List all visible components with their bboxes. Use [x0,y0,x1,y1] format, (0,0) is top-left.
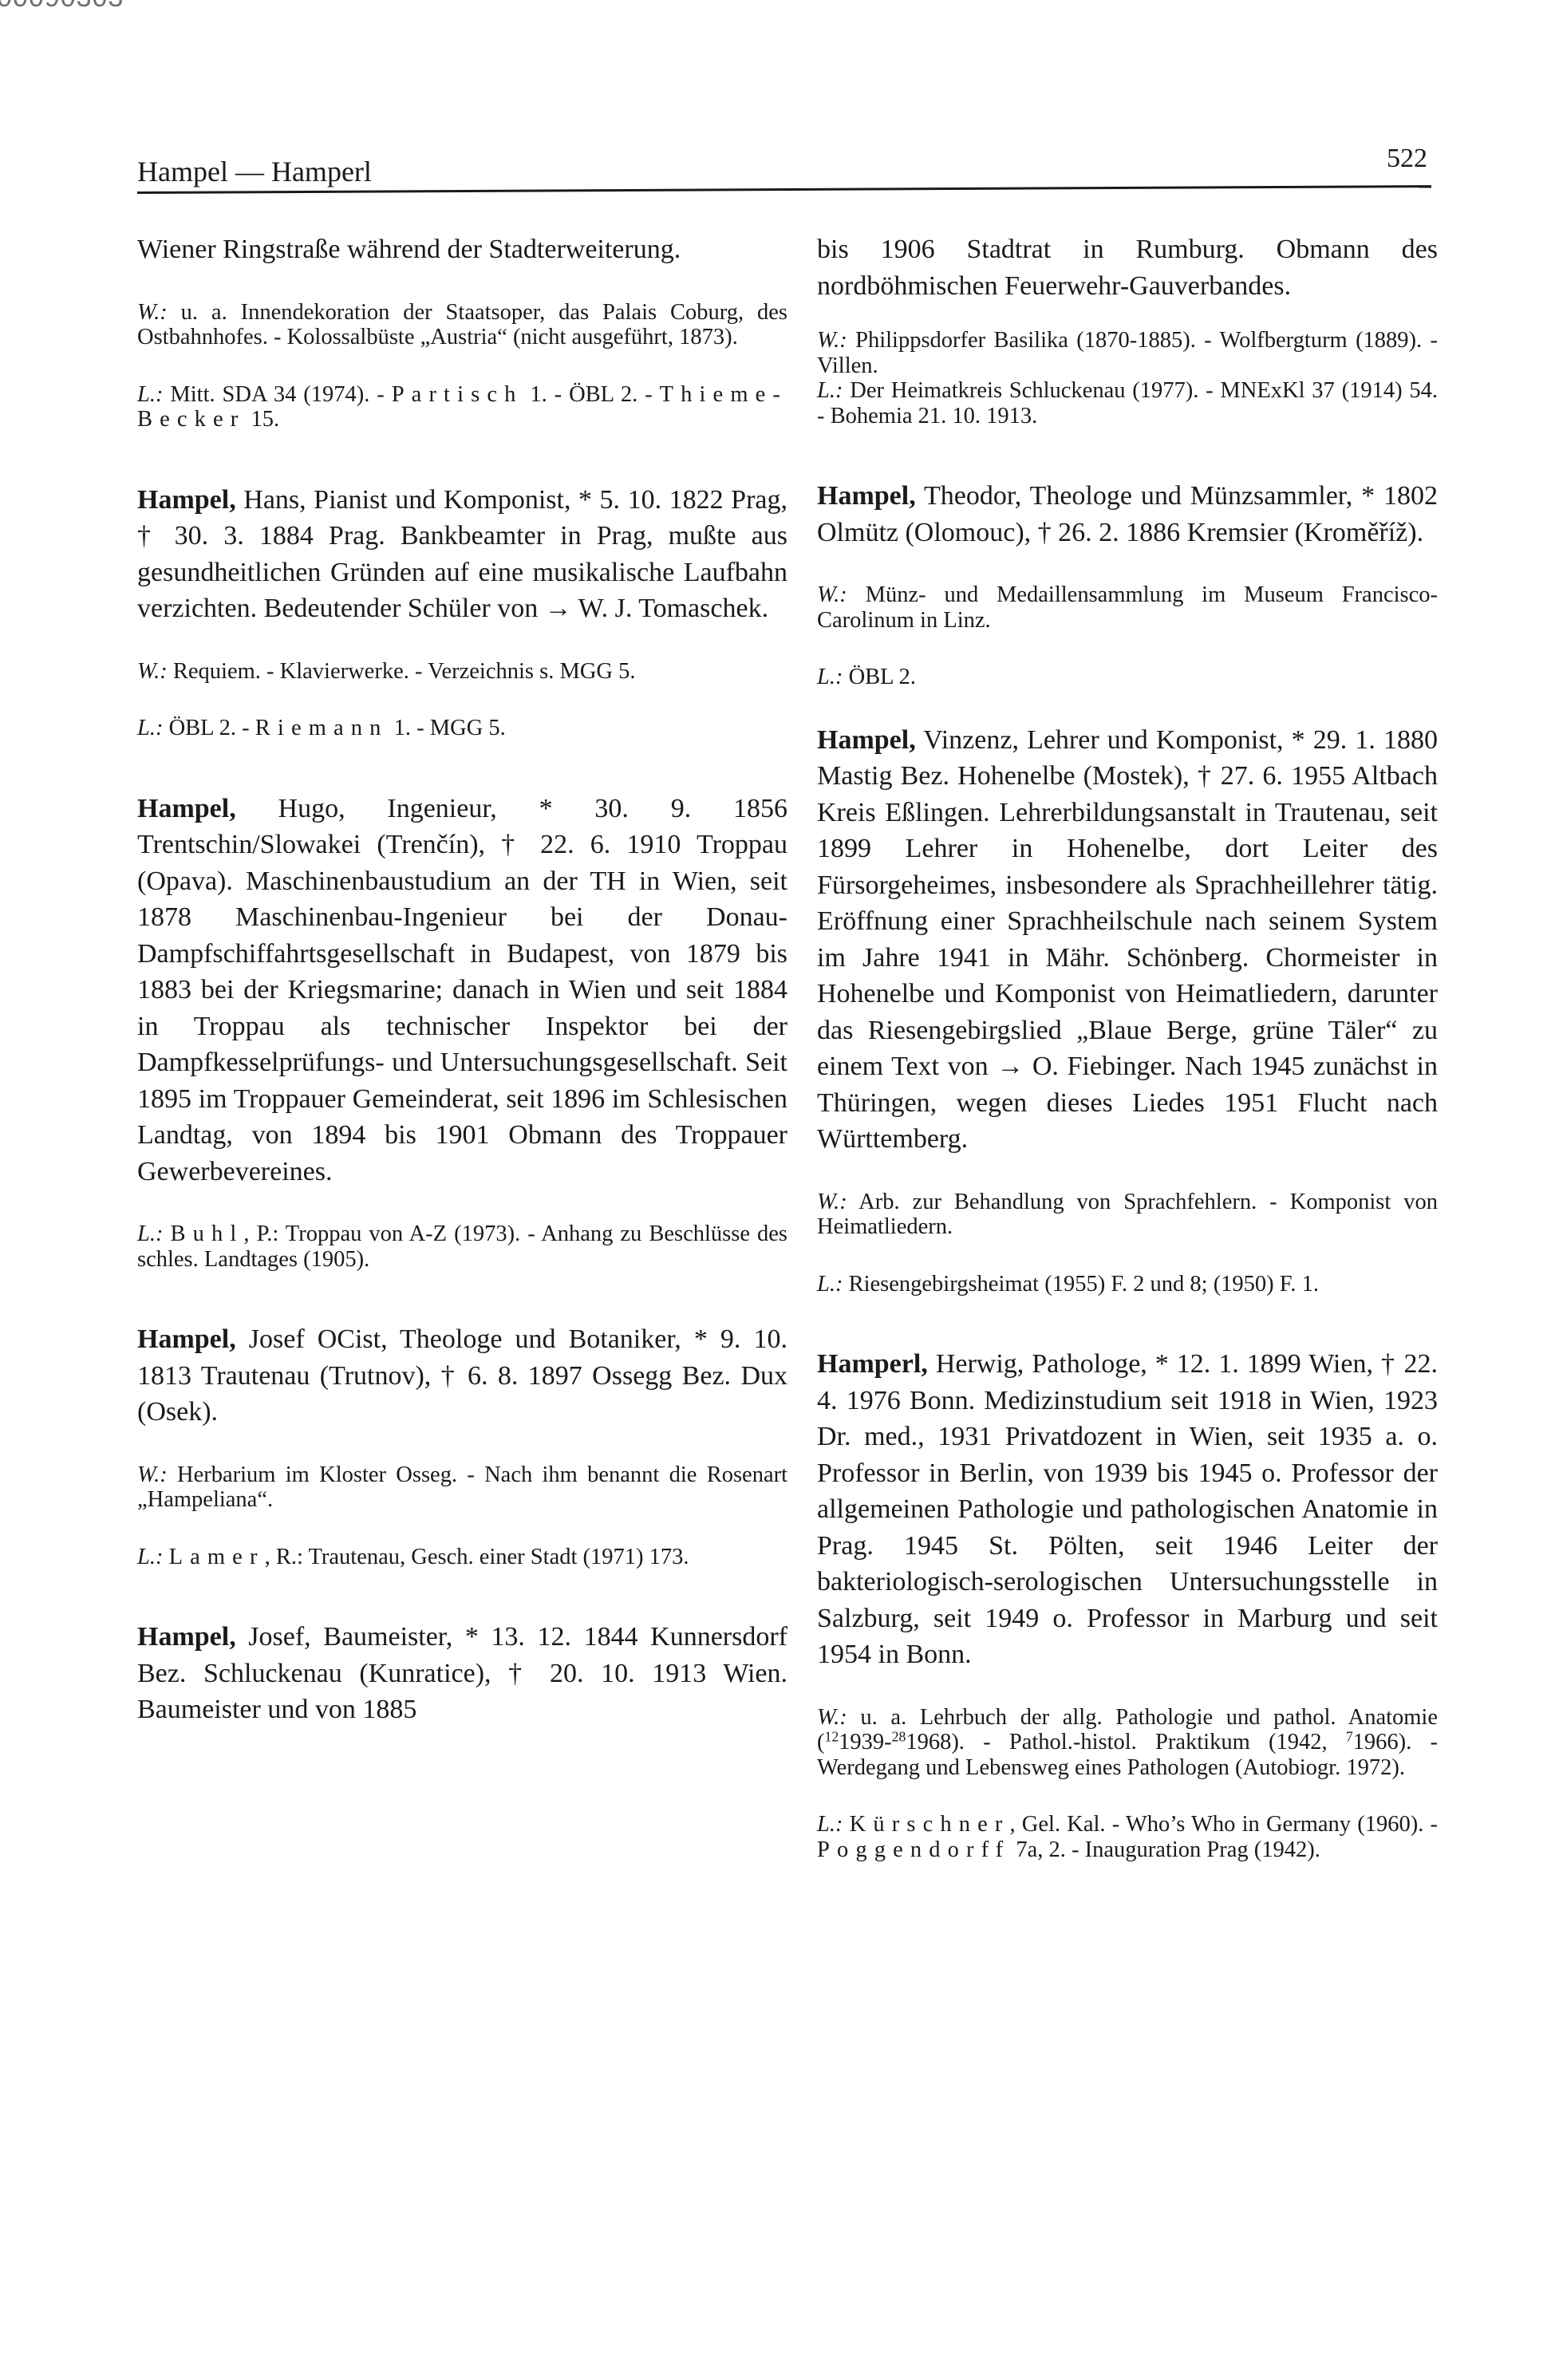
literature-tag: L.: [817,378,843,403]
author-ref: Lamer [169,1545,265,1569]
right-column: bis 1906 Stadtrat in Rumburg. Obmann des… [817,231,1438,1862]
works-tag: W.: [817,1705,847,1730]
entry-body: bis 1906 Stadtrat in Rumburg. Obmann des… [817,231,1438,304]
works-tag: W.: [817,582,847,607]
works-list: W.: Philippsdorfer Basilika (1870-1885).… [817,328,1438,378]
literature-tag: L.: [817,1812,843,1837]
entry-lemma: Hampel, [817,481,916,511]
literature-list: L.: Der Heimatkreis Schluckenau (1977). … [817,378,1438,428]
literature-list: L.: ÖBL 2. [817,665,1438,690]
running-head: Hampel — Hamperl [137,155,372,188]
works-list: W.: Münz- und Medaillensammlung im Museu… [817,582,1438,633]
works-list: W.: Arb. zur Behandlung von Sprachfehler… [817,1190,1438,1240]
page-number: 522 [1387,144,1427,174]
entry-lemma: Hampel, [137,485,236,515]
literature-tag: L.: [817,1272,843,1297]
entry-body: Hamperl, Herwig, Pathologe, * 12. 1. 189… [817,1346,1438,1673]
works-tag: W.: [137,300,168,325]
author-ref: Poggendorff [817,1837,1010,1862]
literature-tag: L.: [137,716,163,740]
works-list: W.: Requiem. - Klavierwerke. - Verzeichn… [137,659,787,685]
works-tag: W.: [137,659,168,684]
works-tag: W.: [817,328,847,353]
literature-tag: L.: [137,382,163,407]
works-list: W.: u. a. Lehrbuch der allg. Pathologie … [817,1705,1438,1781]
literature-tag: L.: [137,1222,163,1246]
entry-hamperl-herwig: Hamperl, Herwig, Pathologe, * 12. 1. 189… [817,1346,1438,1862]
literature-tag: L.: [137,1545,163,1569]
works-list: W.: u. a. Innendekoration der Staatsoper… [137,300,787,350]
entry-continuation: bis 1906 Stadtrat in Rumburg. Obmann des… [817,231,1438,428]
entry-lemma: Hampel, [137,1324,236,1354]
literature-list: L.: Riesengebirgsheimat (1955) F. 2 und … [817,1272,1438,1297]
entry-lemma: Hampel, [137,794,236,823]
entry-body: Hampel, Josef OCist, Theologe und Botani… [137,1321,787,1431]
author-ref: Riemann [255,716,389,740]
entry-body: Wiener Ringstraße während der Stadterwei… [137,231,787,268]
entry-lemma: Hamperl, [817,1349,928,1379]
works-tag: W.: [817,1190,847,1214]
entry-body: Hampel, Hans, Pianist und Komponist, * 5… [137,482,787,627]
entry-hampel-josef-ocist: Hampel, Josef OCist, Theologe und Botani… [137,1321,787,1569]
entry-hampel-josef-baumeister: Hampel, Josef, Baumeister, * 13. 12. 184… [137,1619,787,1728]
left-column: Wiener Ringstraße während der Stadterwei… [137,231,787,1728]
entry-lemma: Hampel, [817,725,916,755]
works-tag: W.: [137,1462,168,1487]
literature-list: L.: Mitt. SDA 34 (1974). - Partisch 1. -… [137,382,787,432]
author-ref: Kürschner [850,1812,1010,1837]
entry-hampel-vinzenz: Hampel, Vinzenz, Lehrer und Komponist, *… [817,722,1438,1297]
entry-body: Hampel, Josef, Baumeister, * 13. 12. 184… [137,1619,787,1728]
author-ref: Partisch [392,382,523,407]
entry-body: Hampel, Theodor, Theologe und Münzsammle… [817,478,1438,551]
entry-hampel-hugo: Hampel, Hugo, Ingenieur, * 30. 9. 1856 T… [137,791,787,1273]
entry-lemma: Hampel, [137,1622,236,1652]
literature-list: L.: Lamer, R.: Trautenau, Gesch. einer S… [137,1545,787,1570]
entry-continuation: Wiener Ringstraße während der Stadterwei… [137,231,787,432]
entry-body: Hampel, Vinzenz, Lehrer und Komponist, *… [817,722,1438,1158]
literature-list: L.: ÖBL 2. - Riemann 1. - MGG 5. [137,716,787,741]
entry-hampel-theodor: Hampel, Theodor, Theologe und Münzsammle… [817,478,1438,690]
entry-body: Hampel, Hugo, Ingenieur, * 30. 9. 1856 T… [137,791,787,1190]
literature-list: L.: Buhl, P.: Troppau von A-Z (1973). - … [137,1222,787,1272]
scan-id: 00090303 [0,0,124,14]
entry-hampel-hans: Hampel, Hans, Pianist und Komponist, * 5… [137,482,787,741]
literature-tag: L.: [817,665,843,689]
works-list: W.: Herbarium im Kloster Osseg. - Nach i… [137,1462,787,1513]
literature-list: L.: Kürschner, Gel. Kal. - Who’s Who in … [817,1812,1438,1862]
author-ref: Buhl [171,1222,244,1246]
